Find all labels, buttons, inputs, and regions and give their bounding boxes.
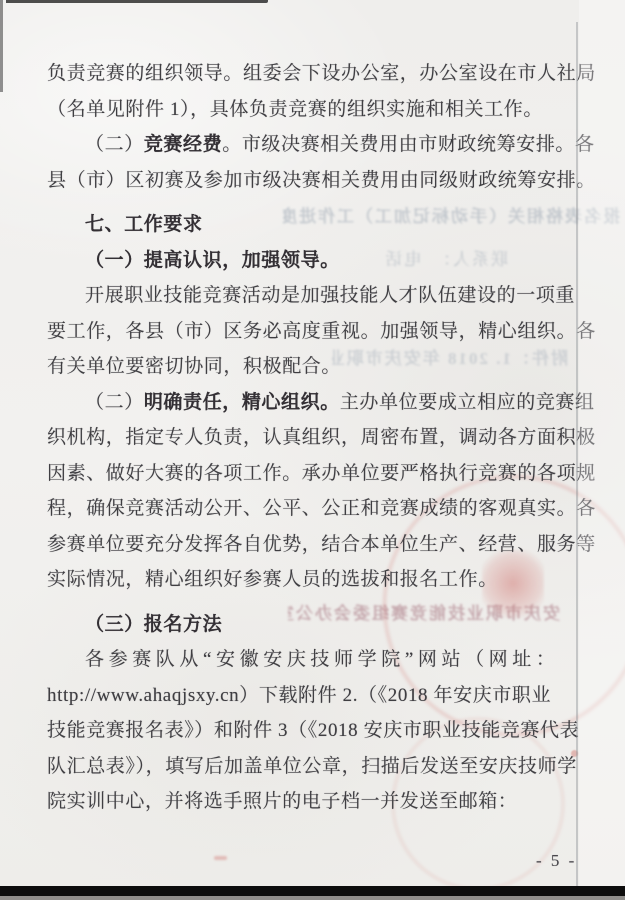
text-segment: 因素、做好大赛的各项工作。承办单位要严格执行竞赛的各项规 <box>47 463 596 484</box>
text-segment: 院实训中心，并将选手照片的电子档一并发送至邮箱： <box>47 791 517 812</box>
scanned-document-page: 报名表格相关（手动标记加工）工作进度送报联系人： 电话附件：1. 2018 年安… <box>0 0 625 900</box>
text-segment: 技能竞赛报名表》）和附件 3（《2018 安庆市职业技能竞赛代表 <box>47 720 579 741</box>
text-line: 负责竞赛的组织领导。组委会下设办公室，办公室设在市人社局 <box>47 56 581 92</box>
text-line: （三）报名方法 <box>47 607 581 643</box>
text-segment: 程，确保竞赛活动公开、公平、公正和竞赛成绩的客观真实。各 <box>47 498 596 519</box>
text-segment: 。市级决赛相关费用由市财政统筹安排。各 <box>222 134 594 155</box>
text-line: 技能竞赛报名表》）和附件 3（《2018 安庆市职业技能竞赛代表 <box>47 713 581 749</box>
text-line: 织机构，指定专人负责，认真组织，周密布置，调动各方面积极 <box>47 420 581 456</box>
text-line: 程，确保竞赛活动公开、公平、公正和竞赛成绩的客观真实。各 <box>47 491 581 527</box>
text-line: （二）竞赛经费。市级决赛相关费用由市财政统筹安排。各 <box>47 127 581 163</box>
scan-edge-top <box>6 0 268 3</box>
text-line: 七、工作要求 <box>47 207 581 243</box>
text-segment: 实际情况，精心组织好参赛人员的选拔和报名工作。 <box>47 569 498 590</box>
bold-text-segment: 明确责任，精心组织。 <box>144 392 340 413</box>
text-segment: 县（市）区初赛及参加市级决赛相关费用由同级财政统筹安排。 <box>47 170 596 191</box>
text-segment: 织机构，指定专人负责，认真组织，周密布置，调动各方面积极 <box>47 427 596 448</box>
scan-light-band <box>579 0 625 900</box>
text-line: （一）提高认识，加强领导。 <box>47 243 581 279</box>
seal-bleedthrough-speck <box>214 856 227 860</box>
bold-text-segment: （三）报名方法 <box>85 614 222 635</box>
text-segment: 主办单位要成立相应的竞赛组 <box>340 392 595 413</box>
text-line: （名单见附件 1），具体负责竞赛的组织实施和相关工作。 <box>47 92 581 128</box>
text-segment: 有关单位要密切协同，积极配合。 <box>47 356 341 377</box>
bold-text-segment: （一）提高认识，加强领导。 <box>85 250 340 271</box>
text-line: 县（市）区初赛及参加市级决赛相关费用由同级财政统筹安排。 <box>47 163 581 199</box>
text-segment: 开展职业技能竞赛活动是加强技能人才队伍建设的一项重 <box>85 285 575 306</box>
text-line: 因素、做好大赛的各项工作。承办单位要严格执行竞赛的各项规 <box>47 456 581 492</box>
text-segment: 各参赛队从“安徽安庆技师学院”网站（网址： <box>85 649 559 670</box>
text-segment: http://www.ahaqjsxy.cn）下载附件 2.（《2018 年安庆… <box>47 685 551 706</box>
text-segment: （二） <box>85 392 144 413</box>
text-segment: 要工作，各县（市）区务必高度重视。加强领导，精心组织。各 <box>47 321 596 342</box>
bold-text-segment: 竞赛经费 <box>144 134 222 155</box>
scan-edge-bottom <box>0 886 625 896</box>
text-segment: 队汇总表》），填写后加盖单位公章，扫描后发送至安庆技师学 <box>47 756 577 777</box>
text-segment: 负责竞赛的组织领导。组委会下设办公室，办公室设在市人社局 <box>47 63 596 84</box>
scan-edge-bottom-shadow <box>0 896 625 900</box>
text-line: 实际情况，精心组织好参赛人员的选拔和报名工作。 <box>47 562 581 598</box>
text-line: 有关单位要密切协同，积极配合。 <box>47 349 581 385</box>
text-line: 参赛单位要充分发挥各自优势，结合本单位生产、经营、服务等 <box>47 527 581 563</box>
text-line: 院实训中心，并将选手照片的电子档一并发送至邮箱： <box>47 784 581 820</box>
text-line: （二）明确责任，精心组织。主办单位要成立相应的竞赛组 <box>47 385 581 421</box>
text-segment: （二） <box>85 134 144 155</box>
document-body-text: 负责竞赛的组织领导。组委会下设办公室，办公室设在市人社局（名单见附件 1），具体… <box>47 56 581 820</box>
text-line: http://www.ahaqjsxy.cn）下载附件 2.（《2018 年安庆… <box>47 678 581 714</box>
text-segment: （名单见附件 1），具体负责竞赛的组织实施和相关工作。 <box>47 99 543 120</box>
text-line: 要工作，各县（市）区务必高度重视。加强领导，精心组织。各 <box>47 314 581 350</box>
text-segment: 参赛单位要充分发挥各自优势，结合本单位生产、经营、服务等 <box>47 534 596 555</box>
scan-edge-left <box>0 0 3 92</box>
bold-text-segment: 七、工作要求 <box>85 214 203 235</box>
vertical-crease-line <box>576 22 578 886</box>
text-line: 各参赛队从“安徽安庆技师学院”网站（网址： <box>47 642 581 678</box>
text-line: 队汇总表》），填写后加盖单位公章，扫描后发送至安庆技师学 <box>47 749 581 785</box>
text-line: 开展职业技能竞赛活动是加强技能人才队伍建设的一项重 <box>47 278 581 314</box>
